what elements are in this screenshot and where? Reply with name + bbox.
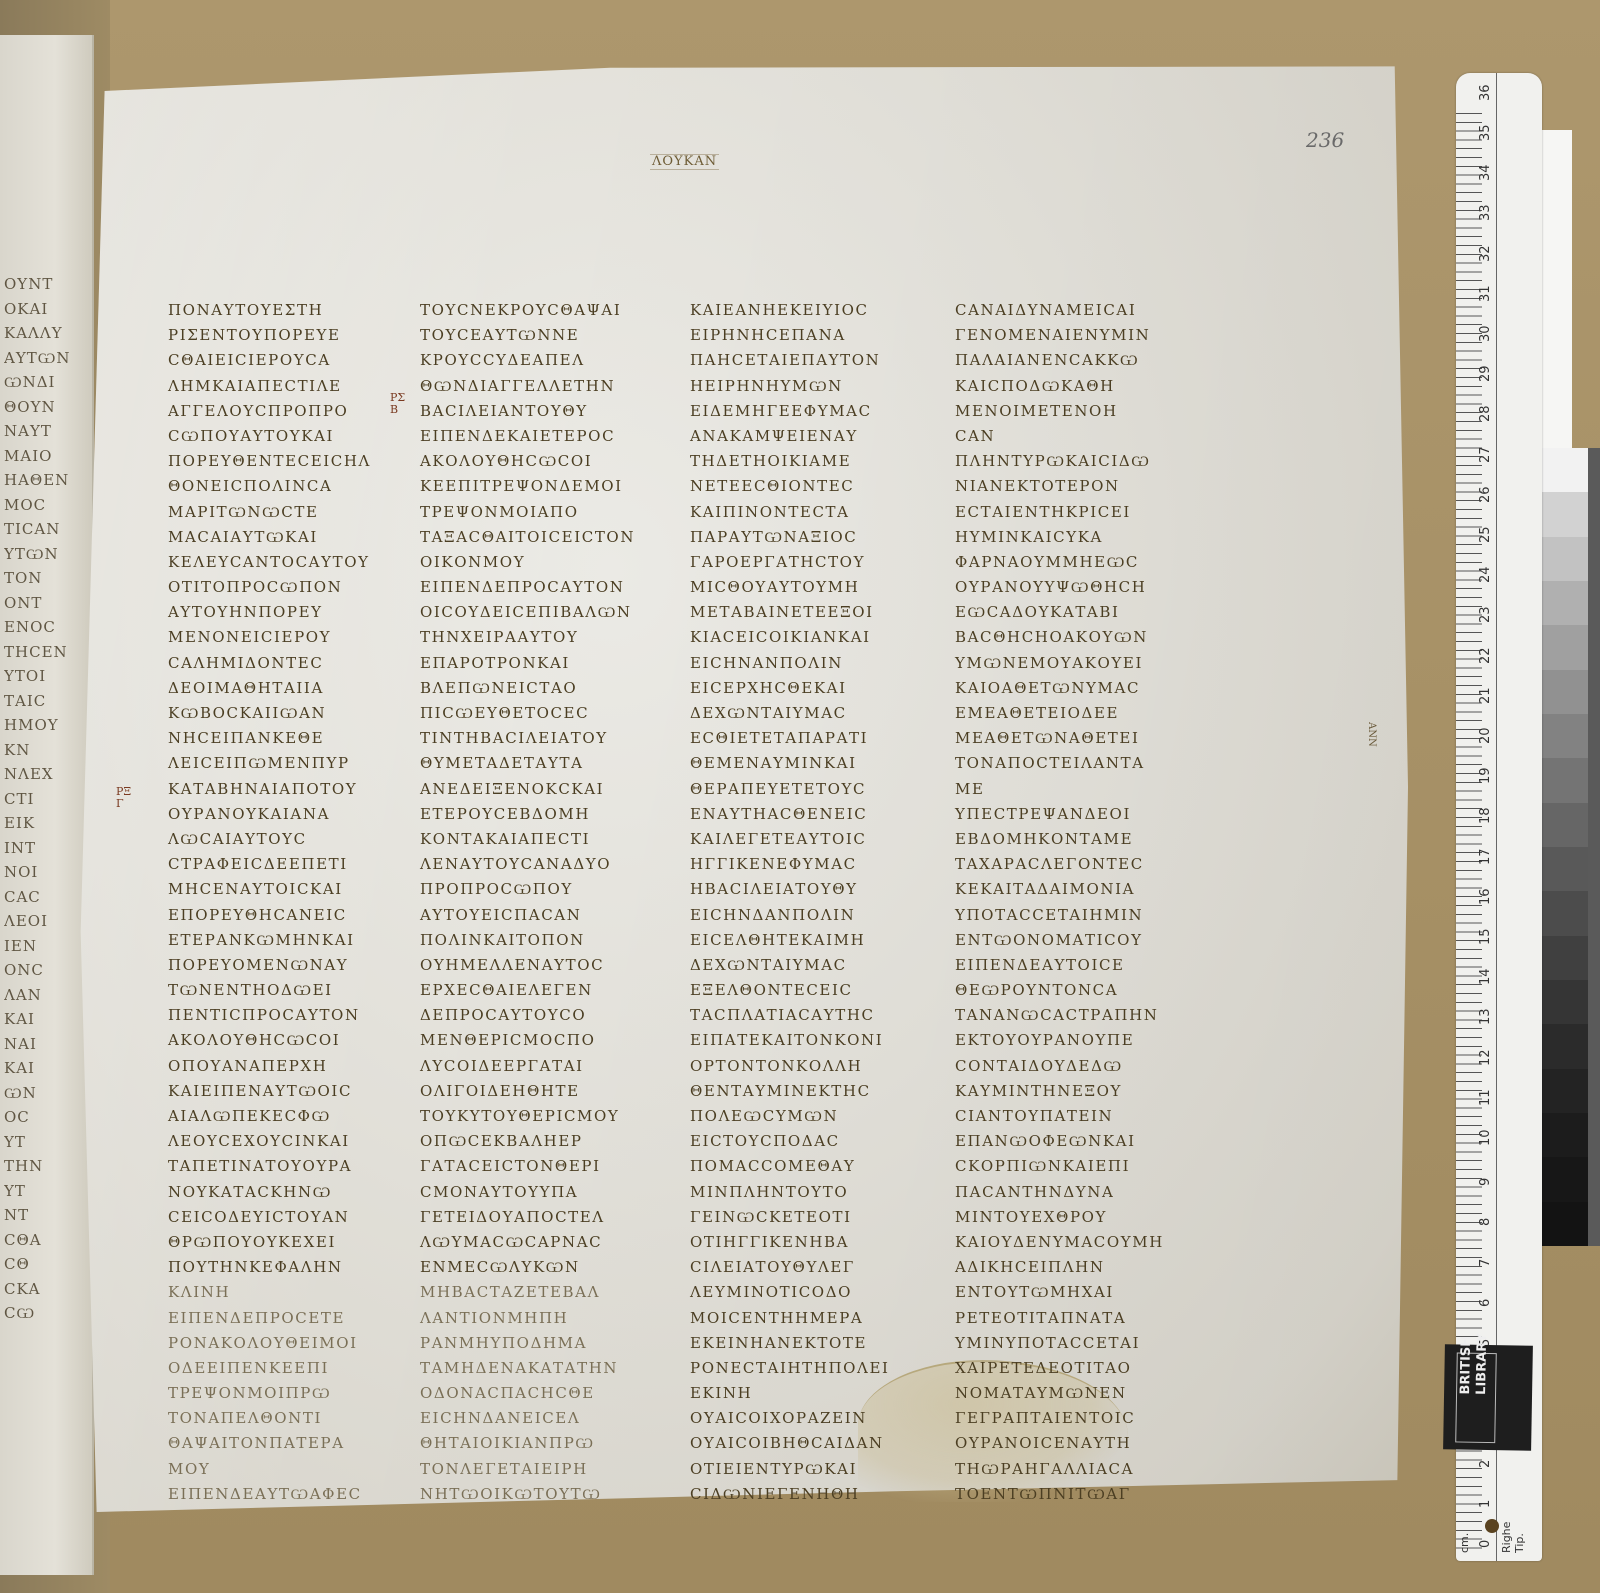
ruler-number: 8 xyxy=(1478,1218,1493,1226)
previous-leaf-line: ΝΑΥΤ xyxy=(4,422,74,444)
previous-leaf-line: ΚΝ xyxy=(4,741,74,763)
manuscript-line: ΠΡΟΠΡΟϹѠΠΟΥ xyxy=(420,877,660,902)
previous-leaf: ΟΥΝΤΟΚΑΙΚΑΛΛΥΑΥΤѠΝѠΝΔΙΘΟΥΝΝΑΥΤΜΑΙΟΗΑΘΕΝΜ… xyxy=(0,35,94,1575)
manuscript-line: ΕΚΙΝΗ xyxy=(690,1381,930,1406)
manuscript-line: ΕΙΡΗΝΗϹΕΠΑΝΑ xyxy=(690,323,930,348)
text-column-2: ΤΟΥϹΝΕΚΡΟΥϹΘΑΨΑΙΤΟΥϹΕΑΥΤѠΝΝΕΚΡΟΥϹϹΥΔΕΑΠΕ… xyxy=(420,298,660,1507)
previous-leaf-line: ΘΟΥΝ xyxy=(4,398,74,420)
previous-leaf-line: ΚΑΛΛΥ xyxy=(4,324,74,346)
manuscript-line: ΕΜΕΑΘΕΤΕΙΟΔΕΕ xyxy=(955,701,1195,726)
manuscript-line: ΑΓΓΕΛΟΥϹΠΡΟΠΡΟ xyxy=(168,399,408,424)
manuscript-line: ΕΙΠΕΝΔΕΠΡΟϹΕΤΕ xyxy=(168,1306,408,1331)
manuscript-line: ϹΙΛΕΙΑΤΟΥΘΥΛΕΓ xyxy=(690,1255,930,1280)
manuscript-line: ΚΑΙϹΠΟΔѠΚΑΘΗ xyxy=(955,374,1195,399)
label-text: BRITISH LIBRARY xyxy=(1458,1333,1491,1395)
previous-leaf-line: ΚΑΙ xyxy=(4,1059,74,1081)
previous-leaf-line: ΜΟϹ xyxy=(4,496,74,518)
previous-leaf-line: ΤΑΙϹ xyxy=(4,692,74,714)
marginal-note-right: ΑΝΝ xyxy=(1365,722,1377,752)
manuscript-line: ΠΟΝΑΥΤΟΥΕΣΤΗ xyxy=(168,298,408,323)
manuscript-line: ΛΑΝΤΙΟΝΜΗΠΗ xyxy=(420,1306,660,1331)
manuscript-line: ΘΕΜΕΝΑΥΜΙΝΚΑΙ xyxy=(690,751,930,776)
manuscript-line: ϹΟΝΤΑΙΔΟΥΔΕΔѠ xyxy=(955,1054,1195,1079)
manuscript-line: ΘΕΡΑΠΕΥΕΤΕΤΟΥϹ xyxy=(690,777,930,802)
ruler-number: 33 xyxy=(1478,205,1493,222)
previous-leaf-line: ϹΑϹ xyxy=(4,888,74,910)
previous-leaf-line: ΥΤѠΝ xyxy=(4,545,74,567)
previous-leaf-line: ΤΟΝ xyxy=(4,569,74,591)
manuscript-line: ΟΥΡΑΝΟΥΚΑΙΑΝΑ xyxy=(168,802,408,827)
manuscript-line: ΟΤΙΕΙΕΝΤΥΡѠΚΑΙ xyxy=(690,1457,930,1482)
text-column-4: ϹΑΝΑΙΔΥΝΑΜΕΙϹΑΙΓΕΝΟΜΕΝΑΙΕΝΥΜΙΝΠΑΛΑΙΑΝΕΝϹ… xyxy=(955,298,1195,1507)
manuscript-line: ΕΚΤΟΥΟΥΡΑΝΟΥΠΕ xyxy=(955,1028,1195,1053)
manuscript-line: ΤΟΥϹΝΕΚΡΟΥϹΘΑΨΑΙ xyxy=(420,298,660,323)
previous-leaf-line: ΚΑΙ xyxy=(4,1010,74,1032)
manuscript-line: ΕΡΧΕϹΘΑΙΕΛΕΓΕΝ xyxy=(420,978,660,1003)
manuscript-line: ΓΕΓΡΑΠΤΑΙΕΝΤΟΙϹ xyxy=(955,1406,1195,1431)
previous-leaf-line: ΕΝΟϹ xyxy=(4,618,74,640)
manuscript-line: ΑΝΑΚΑΜΨΕΙΕΝΑΥ xyxy=(690,424,930,449)
previous-leaf-line: ΤΗϹΕΝ xyxy=(4,643,74,665)
manuscript-line: ΛѠϹΑΙΑΥΤΟΥϹ xyxy=(168,827,408,852)
previous-leaf-line: ΙΕΝ xyxy=(4,937,74,959)
ruler-number: 18 xyxy=(1478,808,1493,825)
manuscript-line: ΡΙΣΕΝΤΟΥΠΟΡΕΥΕ xyxy=(168,323,408,348)
manuscript-line: ΜΗΒΑϹΤΑΖΕΤΕΒΑΛ xyxy=(420,1280,660,1305)
manuscript-line: ΟΛΙΓΟΙΔΕΗΘΗΤΕ xyxy=(420,1079,660,1104)
previous-leaf-line: ΝΤ xyxy=(4,1206,74,1228)
manuscript-line: ΕϹΘΙΕΤΕΤΑΠΑΡΑΤΙ xyxy=(690,726,930,751)
manuscript-line: ΤΟΥΚΥΤΟΥΘΕΡΙϹΜΟΥ xyxy=(420,1104,660,1129)
manuscript-line: ΕΝΤΟΥΤѠΜΗΧΑΙ xyxy=(955,1280,1195,1305)
ruler-number: 19 xyxy=(1478,768,1493,785)
previous-leaf-line: ΥΤ xyxy=(4,1182,74,1204)
text-column-1: ΠΟΝΑΥΤΟΥΕΣΤΗΡΙΣΕΝΤΟΥΠΟΡΕΥΕϹΘΑΙΕΙϹΙΕΡΟΥϹΑ… xyxy=(168,298,408,1507)
previous-leaf-line: ѠΝΔΙ xyxy=(4,373,74,395)
manuscript-line: ΕΙΠΕΝΔΕΑΥΤΟΙϹΕ xyxy=(955,953,1195,978)
ruler-number: 31 xyxy=(1478,285,1493,302)
manuscript-line: ΚΑΙΠΙΝΟΝΤΕϹΤΑ xyxy=(690,500,930,525)
manuscript-line: ΓΕΙΝѠϹΚΕΤΕΟΤΙ xyxy=(690,1205,930,1230)
ruler-number: 24 xyxy=(1478,567,1493,584)
manuscript-line: ΜΟΙϹΕΝΤΗΗΜΕΡΑ xyxy=(690,1306,930,1331)
manuscript-line: ΟΤΙΗΓΓΙΚΕΝΗΒΑ xyxy=(690,1230,930,1255)
ruler-number: 35 xyxy=(1478,124,1493,141)
ruler-number: 10 xyxy=(1478,1129,1493,1146)
manuscript-line: ΤΗΝΧΕΙΡΑΑΥΤΟΥ xyxy=(420,625,660,650)
ruler-number: 20 xyxy=(1478,727,1493,744)
manuscript-line: ΑΙΑΛѠΠΕΚΕϹΦѠ xyxy=(168,1104,408,1129)
manuscript-line: ΕΙΔΕΜΗΓΕΕΦΥΜΑϹ xyxy=(690,399,930,424)
manuscript-line: ΤΟΥϹΕΑΥΤѠΝΝΕ xyxy=(420,323,660,348)
manuscript-line: ΕΝΜΕϹѠΛΥΚѠΝ xyxy=(420,1255,660,1280)
manuscript-line: ΟΡΤΟΝΤΟΝΚΟΛΛΗ xyxy=(690,1054,930,1079)
manuscript-line: ΤΙΝΤΗΒΑϹΙΛΕΙΑΤΟΥ xyxy=(420,726,660,751)
manuscript-line: ΠΙϹѠΕΥΘΕΤΟϹΕϹ xyxy=(420,701,660,726)
manuscript-line: ΗΥΜΙΝΚΑΙϹΥΚΑ xyxy=(955,525,1195,550)
manuscript-line: ΚΑΙΕΑΝΗΕΚΕΙΥΙΟϹ xyxy=(690,298,930,323)
ruler-hole xyxy=(1485,1519,1499,1533)
ruler-number: 1 xyxy=(1478,1500,1493,1508)
manuscript-line: ΗΕΙΡΗΝΗΥΜѠΝ xyxy=(690,374,930,399)
manuscript-line: ΕΙϹΗΝΔΑΝΕΙϹΕΛ xyxy=(420,1406,660,1431)
manuscript-line: ΠΛΗΝΤΥΡѠΚΑΙϹΙΔѠ xyxy=(955,449,1195,474)
manuscript-line: ϹѠΠΟΥΑΥΤΟΥΚΑΙ xyxy=(168,424,408,449)
previous-leaf-line: ΟΝΤ xyxy=(4,594,74,616)
previous-leaf-line: ΛΕΟΙ xyxy=(4,912,74,934)
manuscript-line: ϹΕΙϹΟΔΕΥΙϹΤΟΥΑΝ xyxy=(168,1205,408,1230)
manuscript-line: ΒΑϹΘΗϹΗΟΑΚΟΥѠΝ xyxy=(955,625,1195,650)
manuscript-line: ΔΕΧѠΝΤΑΙΥΜΑϹ xyxy=(690,701,930,726)
manuscript-line: ΗΒΑϹΙΛΕΙΑΤΟΥΘΥ xyxy=(690,877,930,902)
manuscript-line: ΜΕΝΘΕΡΙϹΜΟϹΠΟ xyxy=(420,1028,660,1053)
manuscript-line: ΕΙΠΕΝΔΕΠΡΟϹΑΥΤΟΝ xyxy=(420,575,660,600)
manuscript-line: ΕΞΕΛΘΟΝΤΕϹΕΙϹ xyxy=(690,978,930,1003)
manuscript-line: ϹΘΑΙΕΙϹΙΕΡΟΥϹΑ xyxy=(168,348,408,373)
manuscript-line: ΕΙϹΗΝΔΑΝΠΟΛΙΝ xyxy=(690,903,930,928)
manuscript-line: ΜΙϹΘΟΥΑΥΤΟΥΜΗ xyxy=(690,575,930,600)
manuscript-line: ΡΟΝΕϹΤΑΙΗΤΗΠΟΛΕΙ xyxy=(690,1356,930,1381)
manuscript-line: ΤΡΕΨΟΝΜΟΙΑΠΟ xyxy=(420,500,660,525)
ruler-number: 30 xyxy=(1478,325,1493,342)
manuscript-line: ΜΑϹΑΙΑΥΤѠΚΑΙ xyxy=(168,525,408,550)
manuscript-line: ΦΑΡΝΑΟΥΜΜΗΕѠϹ xyxy=(955,550,1195,575)
manuscript-line: ΛΕΙϹΕΙΠѠΜΕΝΠΥΡ xyxy=(168,751,408,776)
manuscript-line: ΓΕΝΟΜΕΝΑΙΕΝΥΜΙΝ xyxy=(955,323,1195,348)
ruler-unit-label: cm. xyxy=(1458,1533,1471,1553)
manuscript-line: ΤΗΔΕΤΗΟΙΚΙΑΜΕ xyxy=(690,449,930,474)
previous-leaf-line: ΥΤ xyxy=(4,1133,74,1155)
manuscript-line: ΤΑΧΑΡΑϹΛΕΓΟΝΤΕϹ xyxy=(955,852,1195,877)
previous-leaf-line: ΥΤΟΙ xyxy=(4,667,74,689)
manuscript-line: ΚΕΕΠΙΤΡΕΨΟΝΔΕΜΟΙ xyxy=(420,474,660,499)
manuscript-line: ΓΑΤΑϹΕΙϹΤΟΝΘΕΡΙ xyxy=(420,1154,660,1179)
manuscript-line: ΕѠϹΑΔΟΥΚΑΤΑΒΙ xyxy=(955,600,1195,625)
previous-leaf-line: ΟΝϹ xyxy=(4,961,74,983)
manuscript-line: ΠΟΛΕѠϹΥΜѠΝ xyxy=(690,1104,930,1129)
previous-leaf-line: ѠΝ xyxy=(4,1084,74,1106)
manuscript-line: ΗΓΓΙΚΕΝΕΦΥΜΑϹ xyxy=(690,852,930,877)
manuscript-line: ΟΥΡΑΝΟΥΥΨѠΘΗϹΗ xyxy=(955,575,1195,600)
previous-leaf-line: ΕΙΚ xyxy=(4,814,74,836)
manuscript-line: ΕΚΕΙΝΗΑΝΕΚΤΟΤΕ xyxy=(690,1331,930,1356)
previous-leaf-line: ϹΘ xyxy=(4,1255,74,1277)
manuscript-line: ΜΕ xyxy=(955,777,1195,802)
manuscript-line: ΝΗϹΕΙΠΑΝΚΕΘΕ xyxy=(168,726,408,751)
ruler-number: 22 xyxy=(1478,647,1493,664)
manuscript-line: ΠΑϹΑΝΤΗΝΔΥΝΑ xyxy=(955,1180,1195,1205)
manuscript-line: ΡΑΝΜΗΥΠΟΔΗΜΑ xyxy=(420,1331,660,1356)
manuscript-line: ΔΕΠΡΟϹΑΥΤΟΥϹΟ xyxy=(420,1003,660,1028)
manuscript-line: ΥΜѠΝΕΜΟΥΑΚΟΥΕΙ xyxy=(955,651,1195,676)
manuscript-line: ΟΥΗΜΕΛΛΕΝΑΥΤΟϹ xyxy=(420,953,660,978)
british-library-label: BRITISH LIBRARY xyxy=(1443,1344,1533,1451)
ruler-number: 12 xyxy=(1478,1049,1493,1066)
label-line-2: LIBRARY xyxy=(1474,1333,1491,1395)
previous-leaf-line: ΤΙϹΑΝ xyxy=(4,520,74,542)
manuscript-line: ΟΤΙΤΟΠΡΟϹѠΠΟΝ xyxy=(168,575,408,600)
ruler-divider xyxy=(1496,73,1497,1561)
manuscript-line: ΕΒΔΟΜΗΚΟΝΤΑΜΕ xyxy=(955,827,1195,852)
manuscript-line: ΘΡѠΠΟΥΟΥΚΕΧΕΙ xyxy=(168,1230,408,1255)
manuscript-line: ΠΕΝΤΙϹΠΡΟϹΑΥΤΟΝ xyxy=(168,1003,408,1028)
ruler-number: 15 xyxy=(1478,928,1493,945)
previous-leaf-line: ΝΟΙ xyxy=(4,863,74,885)
manuscript-line: ΚѠΒΟϹΚΑΙΙѠΑΝ xyxy=(168,701,408,726)
manuscript-line: ΜΕΝΟΙΜΕΤΕΝΟΗ xyxy=(955,399,1195,424)
manuscript-line: ΥΠΟΤΑϹϹΕΤΑΙΗΜΙΝ xyxy=(955,903,1195,928)
manuscript-line: ΛΕΝΑΥΤΟΥϹΑΝΑΔΥΟ xyxy=(420,852,660,877)
manuscript-line: ΟΠѠϹΕΚΒΑΛΗΕΡ xyxy=(420,1129,660,1154)
manuscript-line: ΠΟΡΕΥΟΜΕΝѠΝΑΥ xyxy=(168,953,408,978)
ruler-number: 23 xyxy=(1478,607,1493,624)
manuscript-line: ΕΠΟΡΕΥΘΗϹΑΝΕΙϹ xyxy=(168,903,408,928)
manuscript-line: ΑΥΤΟΥΕΙϹΠΑϹΑΝ xyxy=(420,903,660,928)
manuscript-line: ΤΗѠΡΑΗΓΑΛΛΙΑϹΑ xyxy=(955,1457,1195,1482)
manuscript-line: ΕΠΑΡΟΤΡΟΝΚΑΙ xyxy=(420,651,660,676)
manuscript-line: ΓΕΤΕΙΔΟΥΑΠΟϹΤΕΛ xyxy=(420,1205,660,1230)
previous-leaf-line: ΜΑΙΟ xyxy=(4,447,74,469)
ruler-number: 0 xyxy=(1478,1540,1493,1548)
previous-leaf-line: ΟΚΑΙ xyxy=(4,300,74,322)
ruler-number: 29 xyxy=(1478,366,1493,383)
manuscript-line: ΤѠΝΕΝΤΗΟΔѠΕΙ xyxy=(168,978,408,1003)
manuscript-line: ΕΠΑΝѠΟΦΕѠΝΚΑΙ xyxy=(955,1129,1195,1154)
ruler-number: 26 xyxy=(1478,486,1493,503)
manuscript-line: ΘΥΜΕΤΑΔΕΤΑΥΤΑ xyxy=(420,751,660,776)
manuscript-line: ΠΑΛΑΙΑΝΕΝϹΑΚΚѠ xyxy=(955,348,1195,373)
ruler-number: 7 xyxy=(1478,1258,1493,1266)
manuscript-line: ΚΑΙΛΕΓΕΤΕΑΥΤΟΙϹ xyxy=(690,827,930,852)
manuscript-line: ΤΡΕΨΟΝΜΟΙΠΡѠ xyxy=(168,1381,408,1406)
ruler-number: 9 xyxy=(1478,1178,1493,1186)
manuscript-line: ΛΕΟΥϹΕΧΟΥϹΙΝΚΑΙ xyxy=(168,1129,408,1154)
manuscript-line: ΒΛΕΠѠΝΕΙϹΤΑΟ xyxy=(420,676,660,701)
manuscript-line: ΝΕΤΕΕϹΘΙΟΝΤΕϹ xyxy=(690,474,930,499)
manuscript-line: ΠΑΡΑΥΤѠΝΑΞΙΟϹ xyxy=(690,525,930,550)
manuscript-line: ΥΜΙΝΥΠΟΤΑϹϹΕΤΑΙ xyxy=(955,1331,1195,1356)
manuscript-line: ΤΟΕΝΤѠΠΝΙΤѠΑΓ xyxy=(955,1482,1195,1507)
manuscript-line: ΟΙϹΟΥΔΕΙϹΕΠΙΒΑΛѠΝ xyxy=(420,600,660,625)
manuscript-line: ΝΗΤѠΟΙΚѠΤΟΥΤѠ xyxy=(420,1482,660,1507)
previous-leaf-line: ΟϹ xyxy=(4,1108,74,1130)
manuscript-line: ΜΕΤΑΒΑΙΝΕΤΕΕΞΟΙ xyxy=(690,600,930,625)
manuscript-line: ΕΙΠΕΝΔΕΚΑΙΕΤΕΡΟϹ xyxy=(420,424,660,449)
manuscript-line: ΚΙΑϹΕΙϹΟΙΚΙΑΝΚΑΙ xyxy=(690,625,930,650)
previous-leaf-line: ϹΘΑ xyxy=(4,1231,74,1253)
manuscript-line: ΟΥΡΑΝΟΙϹΕΝΑΥΤΗ xyxy=(955,1431,1195,1456)
manuscript-line: ϹΜΟΝΑΥΤΟΥΥΠΑ xyxy=(420,1180,660,1205)
manuscript-line: ΕΤΕΡΟΥϹΕΒΔΟΜΗ xyxy=(420,802,660,827)
manuscript-line: ΜΟΥ xyxy=(168,1457,408,1482)
ruler-number: 36 xyxy=(1478,84,1493,101)
manuscript-line: ΑΚΟΛΟΥΘΗϹѠϹΟΙ xyxy=(168,1028,408,1053)
manuscript-line: ΘΑΨΑΙΤΟΝΠΑΤΕΡΑ xyxy=(168,1431,408,1456)
previous-leaf-line: ΤΗΝ xyxy=(4,1157,74,1179)
manuscript-line: ΤΑΠΕΤΙΝΑΤΟΥΟΥΡΑ xyxy=(168,1154,408,1179)
ruler-number: 13 xyxy=(1478,1009,1493,1026)
previous-leaf-line: ϹѠ xyxy=(4,1304,74,1326)
manuscript-line: ΚΑΙΟΥΔΕΝΥΜΑϹΟΥΜΗ xyxy=(955,1230,1195,1255)
manuscript-line: ΤΑΞΑϹΘΑΙΤΟΙϹΕΙϹΤΟΝ xyxy=(420,525,660,550)
manuscript-line: ΠΟΥΤΗΝΚΕΦΑΛΗΝ xyxy=(168,1255,408,1280)
previous-leaf-line: ΝΑΙ xyxy=(4,1035,74,1057)
manuscript-line: ϹΤΡΑΦΕΙϹΔΕΕΠΕΤΙ xyxy=(168,852,408,877)
ruler-number: 2 xyxy=(1478,1459,1493,1467)
manuscript-line: ΚΛΙΝΗ xyxy=(168,1280,408,1305)
manuscript-line: ΕΙϹΗΝΑΝΠΟΛΙΝ xyxy=(690,651,930,676)
manuscript-line: ΟΥΑΙϹΟΙΧΟΡΑΖΕΙΝ xyxy=(690,1406,930,1431)
manuscript-line: ΟΥΑΙϹΟΙΒΗΘϹΑΙΔΑΝ xyxy=(690,1431,930,1456)
manuscript-line: ΝΟΜΑΤΑΥΜѠΝΕΝ xyxy=(955,1381,1195,1406)
manuscript-line: ΘΕѠΡΟΥΝΤΟΝϹΑ xyxy=(955,978,1195,1003)
manuscript-line: ΚΑΙΟΑΘΕΤѠΝΥΜΑϹ xyxy=(955,676,1195,701)
manuscript-line: ΧΑΙΡΕΤΕΔΕΟΤΙΤΑΟ xyxy=(955,1356,1195,1381)
manuscript-line: ΘѠΝΔΙΑΓΓΕΛΛΕΤΗΝ xyxy=(420,374,660,399)
ruler-secondary-label: Righe Tip. xyxy=(1500,1511,1526,1553)
manuscript-line: ΠΟΜΑϹϹΟΜΕΘΑΥ xyxy=(690,1154,930,1179)
ruler-number: 28 xyxy=(1478,406,1493,423)
text-column-3: ΚΑΙΕΑΝΗΕΚΕΙΥΙΟϹΕΙΡΗΝΗϹΕΠΑΝΑΠΑΗϹΕΤΑΙΕΠΑΥΤ… xyxy=(690,298,930,1507)
marginal-note: Γ xyxy=(116,798,131,810)
previous-leaf-line: ΛΑΝ xyxy=(4,986,74,1008)
manuscript-line: ΠΟΛΙΝΚΑΙΤΟΠΟΝ xyxy=(420,928,660,953)
label-line-1: BRITISH xyxy=(1458,1333,1475,1395)
previous-leaf-line: ΑΥΤѠΝ xyxy=(4,349,74,371)
manuscript-line: ΜΕΝΟΝΕΙϹΙΕΡΟΥ xyxy=(168,625,408,650)
manuscript-line: ΠΟΡΕΥΘΕΝΤΕϹΕΙϹΗΛ xyxy=(168,449,408,474)
manuscript-line: ΕϹΤΑΙΕΝΤΗΚΡΙϹΕΙ xyxy=(955,500,1195,525)
manuscript-line: ΕΙΠΑΤΕΚΑΙΤΟΝΚΟΝΙ xyxy=(690,1028,930,1053)
previous-leaf-line: ϹΚΑ xyxy=(4,1280,74,1302)
folio-number: 236 xyxy=(1306,128,1344,152)
manuscript-line: ΚΑΥΜΙΝΤΗΝΕΞΟΥ xyxy=(955,1079,1195,1104)
manuscript-line: ΟΠΟΥΑΝΑΠΕΡΧΗ xyxy=(168,1054,408,1079)
previous-leaf-line: ΟΥΝΤ xyxy=(4,275,74,297)
manuscript-line: ΓΑΡΟΕΡΓΑΤΗϹΤΟΥ xyxy=(690,550,930,575)
manuscript-line: ΛѠΥΜΑϹѠϹΑΡΝΑϹ xyxy=(420,1230,660,1255)
manuscript-line: ΤΑΜΗΔΕΝΑΚΑΤΑΤΗΝ xyxy=(420,1356,660,1381)
manuscript-line: ΤΟΝΛΕΓΕΤΑΙΕΙΡΗ xyxy=(420,1457,660,1482)
manuscript-line: ΜΕΑΘΕΤѠΝΑΘΕΤΕΙ xyxy=(955,726,1195,751)
manuscript-line: ΑΝΕΔΕΙΞΕΝΟΚϹΚΑΙ xyxy=(420,777,660,802)
previous-leaf-line: ΙΝΤ xyxy=(4,839,74,861)
manuscript-line: ΑΚΟΛΟΥΘΗϹѠϹΟΙ xyxy=(420,449,660,474)
manuscript-line: ΤΟΝΑΠΟϹΤΕΙΛΑΝΤΑ xyxy=(955,751,1195,776)
manuscript-line: ΘΟΝΕΙϹΠΟΛΙΝϹΑ xyxy=(168,474,408,499)
manuscript-line: ΤΟΝΑΠΕΛΘΟΝΤΙ xyxy=(168,1406,408,1431)
ruler-number: 16 xyxy=(1478,888,1493,905)
previous-leaf-line: ΝΛΕΧ xyxy=(4,765,74,787)
manuscript-line: ΚΕΚΑΙΤΑΔΑΙΜΟΝΙΑ xyxy=(955,877,1195,902)
marginal-section-number: ΡΞ Γ xyxy=(116,786,131,810)
manuscript-line: ΔΕΟΙΜΑΘΗΤΑΙΙΑ xyxy=(168,676,408,701)
ruler-number: 17 xyxy=(1478,848,1493,865)
ruler-number: 11 xyxy=(1478,1089,1493,1106)
manuscript-line: ΝΙΑΝΕΚΤΟΤΕΡΟΝ xyxy=(955,474,1195,499)
manuscript-line: ΛΕΥΜΙΝΟΤΙϹΟΔΟ xyxy=(690,1280,930,1305)
manuscript-line: ϹΙΔѠΝΙΕΓΕΝΗΘΗ xyxy=(690,1482,930,1507)
manuscript-line: ΕΙϹΕΛΘΗΤΕΚΑΙΜΗ xyxy=(690,928,930,953)
manuscript-line: ΛΗΜΚΑΙΑΠΕϹΤΙΛΕ xyxy=(168,374,408,399)
ruler-number: 25 xyxy=(1478,526,1493,543)
ruler-number: 6 xyxy=(1478,1299,1493,1307)
manuscript-line: ΛΥϹΟΙΔΕΕΡΓΑΤΑΙ xyxy=(420,1054,660,1079)
manuscript-line: ΑΔΙΚΗϹΕΙΠΛΗΝ xyxy=(955,1255,1195,1280)
manuscript-line: ΤΑΝΑΝѠϹΑϹΤΡΑΠΗΝ xyxy=(955,1003,1195,1028)
previous-leaf-line: ΗΑΘΕΝ xyxy=(4,471,74,493)
ruler-number: 21 xyxy=(1478,687,1493,704)
manuscript-line: ϹΑΛΗΜΙΔΟΝΤΕϹ xyxy=(168,651,408,676)
manuscript-line: ϹΑΝ xyxy=(955,424,1195,449)
manuscript-line: ΤΑϹΠΛΑΤΙΑϹΑΥΤΗϹ xyxy=(690,1003,930,1028)
manuscript-line: ΘΗΤΑΙΟΙΚΙΑΝΠΡѠ xyxy=(420,1431,660,1456)
manuscript-line: ΠΑΗϹΕΤΑΙΕΠΑΥΤΟΝ xyxy=(690,348,930,373)
manuscript-line: ΚΡΟΥϹϹΥΔΕΑΠΕΛ xyxy=(420,348,660,373)
manuscript-line: ΚΑΙΕΙΠΕΝΑΥΤѠΟΙϹ xyxy=(168,1079,408,1104)
manuscript-line: ΜΗϹΕΝΑΥΤΟΙϹΚΑΙ xyxy=(168,877,408,902)
manuscript-line: ϹΑΝΑΙΔΥΝΑΜΕΙϹΑΙ xyxy=(955,298,1195,323)
manuscript-line: ΕΝΤѠΟΝΟΜΑΤΙϹΟΥ xyxy=(955,928,1195,953)
manuscript-line: ΚΟΝΤΑΚΑΙΑΠΕϹΤΙ xyxy=(420,827,660,852)
manuscript-line: ΚΕΛΕΥϹΑΝΤΟϹΑΥΤΟΥ xyxy=(168,550,408,575)
manuscript-line: ΕΙϹΤΟΥϹΠΟΔΑϹ xyxy=(690,1129,930,1154)
manuscript-line: ΜΑΡΙΤѠΝѠϹΤΕ xyxy=(168,500,408,525)
manuscript-line: ΕΙϹΕΡΧΗϹΘΕΚΑΙ xyxy=(690,676,930,701)
ruler-number: 32 xyxy=(1478,245,1493,262)
manuscript-line: ΚΑΤΑΒΗΝΑΙΑΠΟΤΟΥ xyxy=(168,777,408,802)
manuscript-line: ΟΔΟΝΑϹΠΑϹΗϹΘΕ xyxy=(420,1381,660,1406)
manuscript-line: ϹΙΑΝΤΟΥΠΑΤΕΙΝ xyxy=(955,1104,1195,1129)
manuscript-line: ΒΑϹΙΛΕΙΑΝΤΟΥΘΥ xyxy=(420,399,660,424)
manuscript-line: ΡΕΤΕΟΤΙΤΑΠΝΑΤΑ xyxy=(955,1306,1195,1331)
ruler-number: 27 xyxy=(1478,446,1493,463)
manuscript-line: ΥΠΕϹΤΡΕΨΑΝΔΕΟΙ xyxy=(955,802,1195,827)
ruler-number: 34 xyxy=(1478,165,1493,182)
manuscript-line: ΡΟΝΑΚΟΛΟΥΘΕΙΜΟΙ xyxy=(168,1331,408,1356)
manuscript-line: ΑΥΤΟΥΗΝΠΟΡΕΥ xyxy=(168,600,408,625)
manuscript-line: ΕΝΑΥΤΗΑϹΘΕΝΕΙϹ xyxy=(690,802,930,827)
ruler-number: 14 xyxy=(1478,969,1493,986)
manuscript-line: ΕΙΠΕΝΔΕΑΥΤѠΑΦΕϹ xyxy=(168,1482,408,1507)
previous-leaf-line: ϹΤΙ xyxy=(4,790,74,812)
manuscript-line: ΘΕΝΤΑΥΜΙΝΕΚΤΗϹ xyxy=(690,1079,930,1104)
manuscript-line: ΔΕΧѠΝΤΑΙΥΜΑϹ xyxy=(690,953,930,978)
running-title: ΛΟΥΚΑΝ xyxy=(650,154,719,170)
manuscript-line: ΕΤΕΡΑΝΚѠΜΗΝΚΑΙ xyxy=(168,928,408,953)
previous-leaf-line: ΗΜΟΥ xyxy=(4,716,74,738)
manuscript-line: ΜΙΝΠΛΗΝΤΟΥΤΟ xyxy=(690,1180,930,1205)
manuscript-line: ΟΙΚΟΝΜΟΥ xyxy=(420,550,660,575)
manuscript-line: ΝΟΥΚΑΤΑϹΚΗΝѠ xyxy=(168,1180,408,1205)
manuscript-line: ΜΙΝΤΟΥΕΧΘΡΟΥ xyxy=(955,1205,1195,1230)
manuscript-line: ΟΔΕΕΙΠΕΝΚΕΕΠΙ xyxy=(168,1356,408,1381)
manuscript-line: ϹΚΟΡΠΙѠΝΚΑΙΕΠΙ xyxy=(955,1154,1195,1179)
